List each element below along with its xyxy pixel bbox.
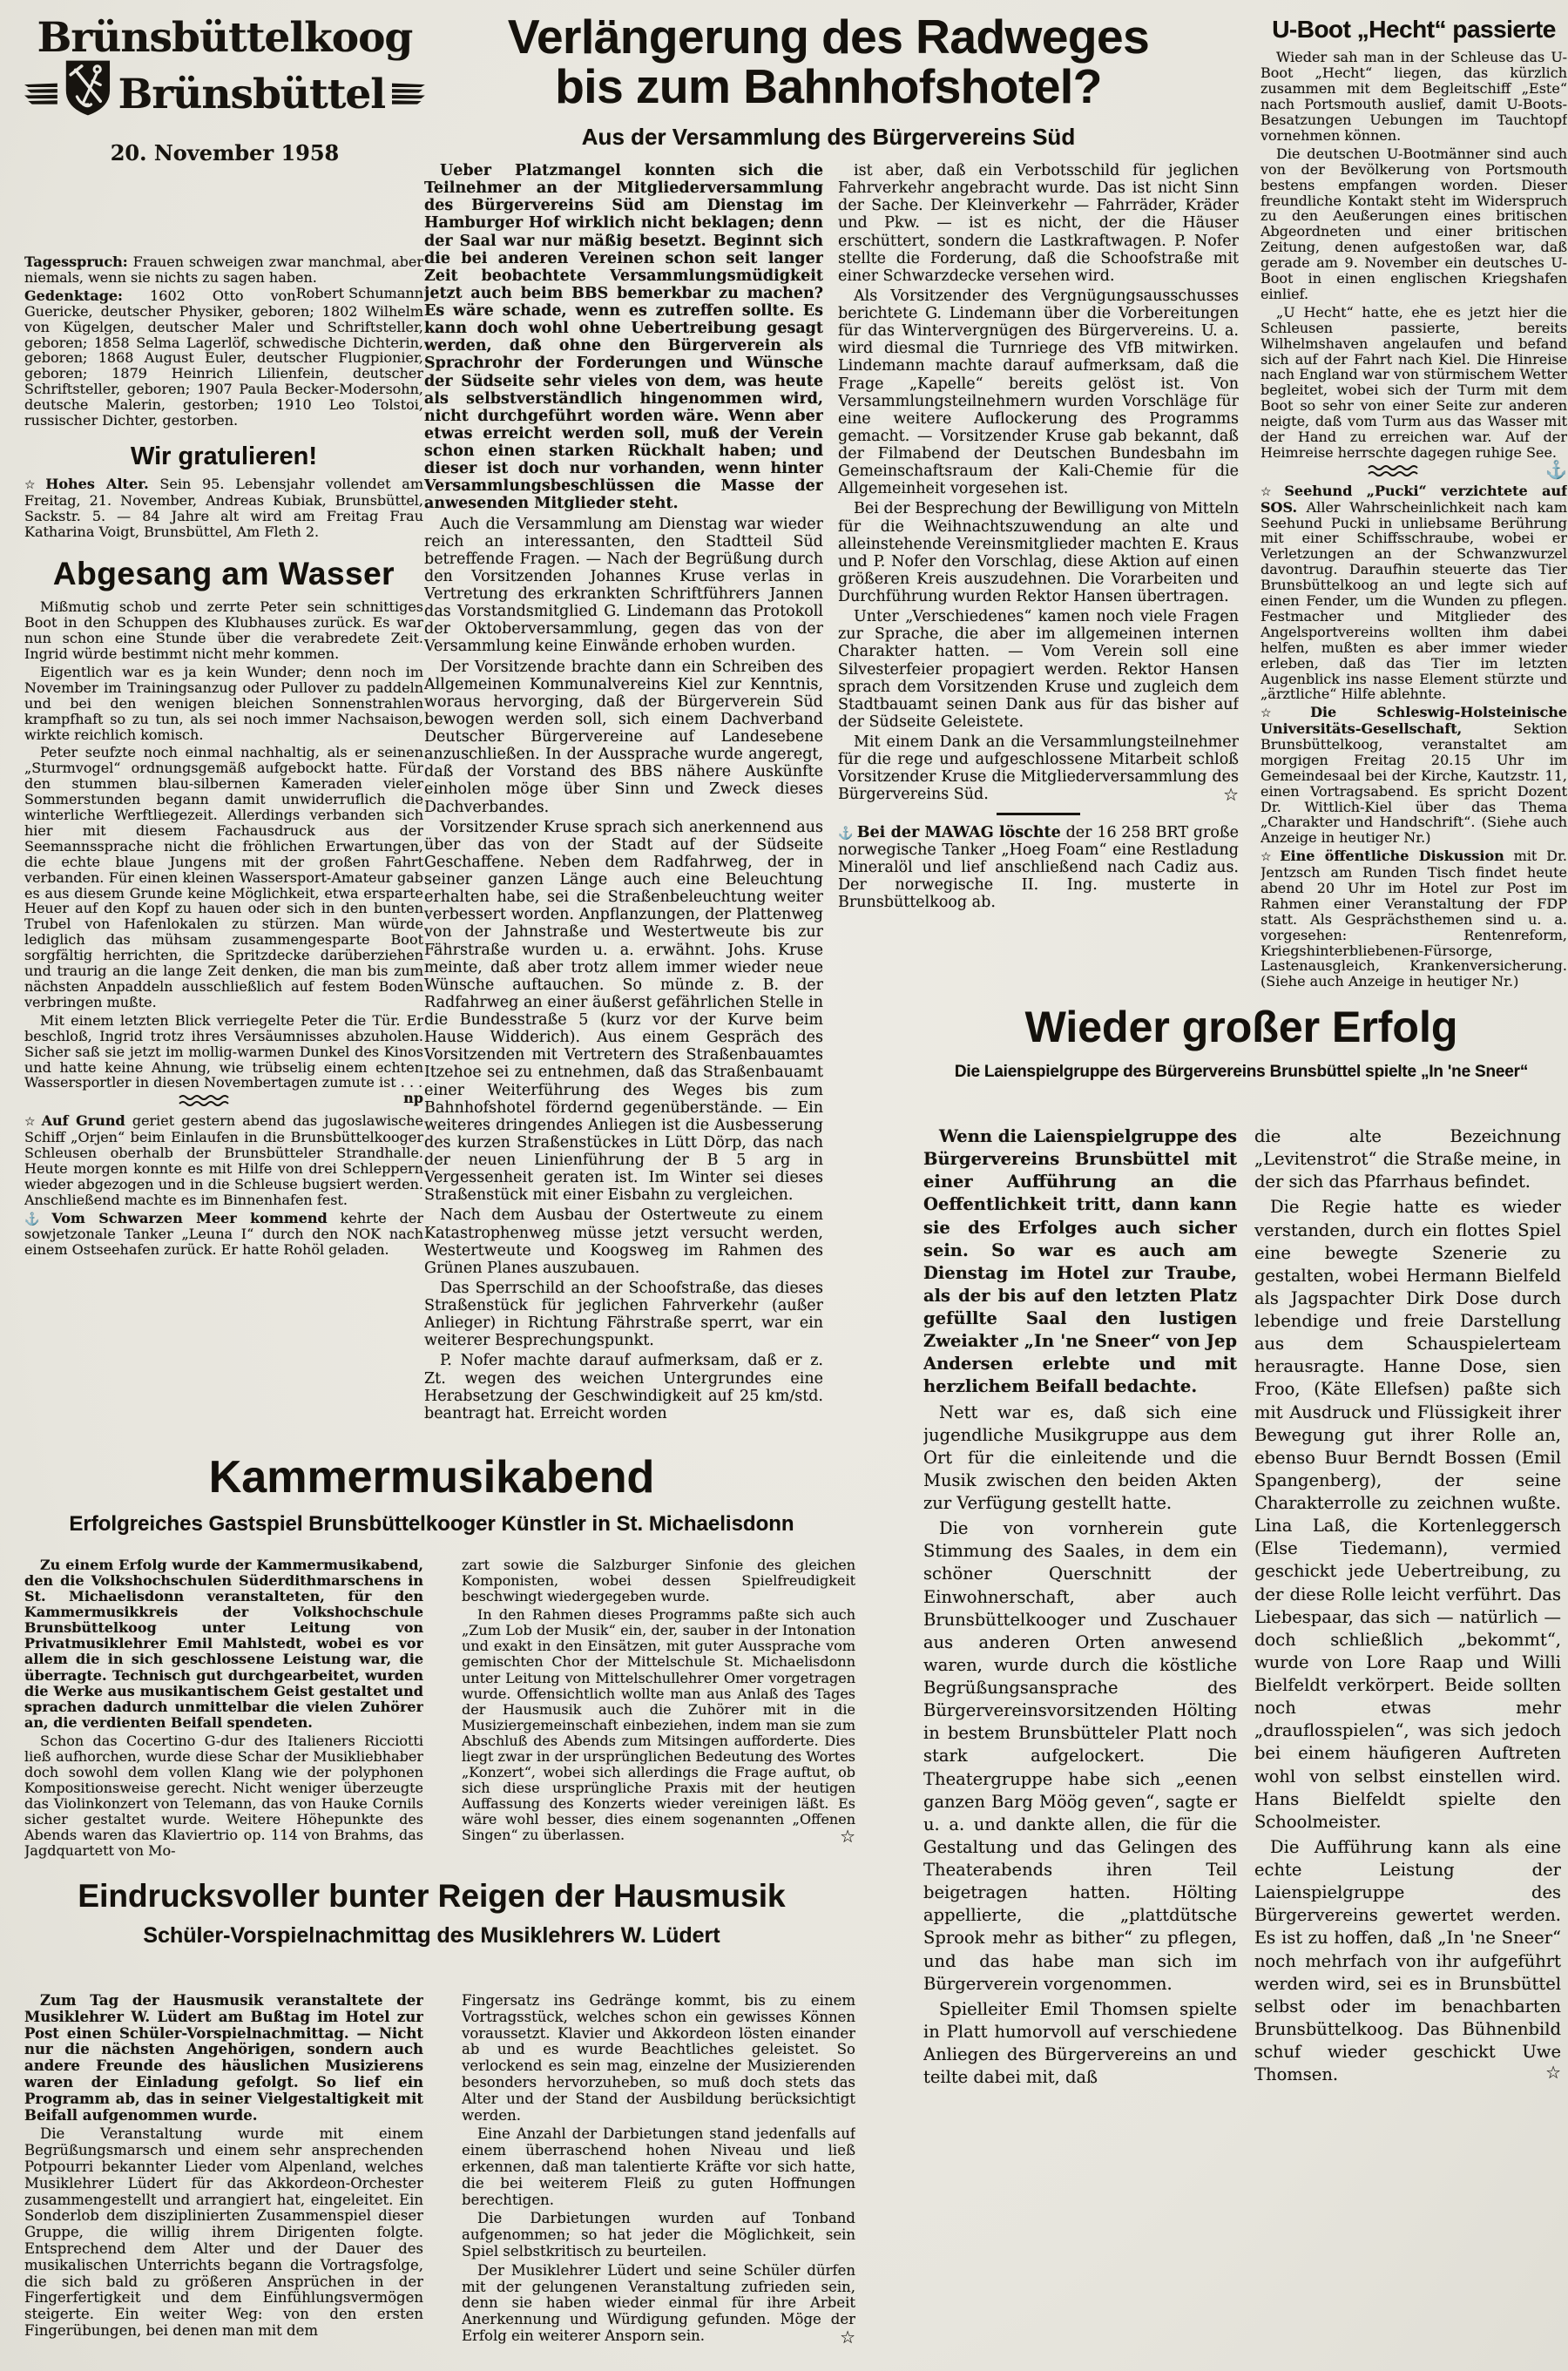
- brief-lead: Auf Grund: [42, 1112, 125, 1129]
- brief-text: Aller Wahrscheinlichkeit nach kam Seehun…: [1260, 499, 1567, 703]
- article-paragraph: Die Regie hatte es wieder verstanden, du…: [1254, 1196, 1561, 1834]
- brief-lead: Bei der MAWAG löschte: [857, 824, 1061, 841]
- article-paragraph: Eine Anzahl der Darbietungen stand jeden…: [462, 2126, 855, 2208]
- main-article-header: Verlängerung des Radweges bis zum Bahnho…: [402, 12, 1254, 151]
- right-column: U-Boot „Hecht“ passierte Wieder sah man …: [1260, 16, 1567, 998]
- article-paragraph: Spielleiter Emil Thomsen spielte in Plat…: [923, 1998, 1237, 2090]
- main-subhead: Aus der Versammlung des Bürgervereins Sü…: [402, 124, 1254, 151]
- abgesang-paragraph: Mißmutig schob und zerrte Peter sein sch…: [24, 599, 423, 662]
- article-paragraph: ist aber, daß ein Verbotsschild für jegl…: [838, 162, 1239, 285]
- news-brief-diskussion: ☆Eine öffentliche Diskussion mit Dr. Jen…: [1260, 848, 1567, 990]
- hausmusik-subhead: Schüler-Vorspielnachmittag des Musiklehr…: [24, 1923, 839, 1949]
- article-text: In den Rahmen dieses Programms paßte sic…: [462, 1606, 855, 1843]
- news-brief-hohes-alter: ☆Hohes Alter. Sein 95. Lebensjahr vollen…: [24, 476, 423, 539]
- squiggle-divider-icon: [178, 1094, 235, 1108]
- squiggle-divider-icon: [1367, 464, 1424, 478]
- uboot-headline: U-Boot „Hecht“ passierte: [1260, 16, 1567, 43]
- article-paragraph: Zu einem Erfolg wurde der Kammermusikabe…: [24, 1557, 423, 1731]
- masthead-title-row: Brünsbüttel: [24, 60, 425, 128]
- gedenktage: Gedenktage: 1602 Otto von Guericke, deut…: [24, 288, 423, 429]
- brief-text: Sektion Brunsbüttelkoog, veranstaltet am…: [1260, 720, 1567, 846]
- article-paragraph: Auch die Versammlung am Dienstag war wie…: [424, 516, 823, 656]
- article-paragraph: Wenn die Laienspielgruppe des Bürgervere…: [923, 1125, 1237, 1399]
- article-paragraph: Unter „Verschiedenes“ kamen noch viele F…: [838, 608, 1239, 731]
- article-paragraph: Der Vorsitzende brachte dann ein Schreib…: [424, 659, 823, 816]
- brief-lead: Eine öffentliche Diskussion: [1280, 848, 1504, 864]
- article-paragraph: Ueber Platzmangel konnten sich die Teiln…: [424, 162, 823, 513]
- end-star-icon: ☆: [1530, 2064, 1561, 2081]
- masthead: Brünsbüttelkoog: [24, 17, 425, 165]
- erfolg-column-2: die alte Bezeichnung „Levitenstrot“ die …: [1254, 1125, 1561, 2369]
- gedenktage-text: 1602 Otto von Guericke, deutscher Physik…: [24, 287, 423, 429]
- article-paragraph: Nett war es, daß sich eine jugendliche M…: [923, 1402, 1237, 1516]
- erfolg-headline: Wieder großer Erfolg: [919, 1002, 1564, 1052]
- tagesspruch: Tagesspruch: Frauen schweigen zwar manch…: [24, 254, 423, 286]
- issue-date: 20. November 1958: [24, 140, 425, 165]
- gedenktage-label: Gedenktage:: [24, 287, 123, 304]
- article-paragraph: zart sowie die Salzburger Sinfonie des g…: [462, 1557, 855, 1604]
- news-brief-mawag: ⚓Bei der MAWAG löschte der 16 258 BRT gr…: [838, 824, 1239, 912]
- left-column: Tagesspruch: Frauen schweigen zwar manch…: [24, 254, 423, 1446]
- news-brief-auf-grund: ☆Auf Grund geriet gestern abend das jugo…: [24, 1113, 423, 1207]
- article-paragraph: Die Aufführung kann als eine echte Leist…: [1254, 1836, 1561, 2086]
- brief-lead: Vom Schwarzen Meer kommend: [51, 1210, 327, 1226]
- article-paragraph: Schon das Cocertino G-dur des Italieners…: [24, 1733, 423, 1860]
- brief-lead: Hohes Alter.: [45, 476, 148, 492]
- article-paragraph: Der Musiklehrer Lüdert und seine Schüler…: [462, 2263, 855, 2345]
- article-paragraph: Die von vornherein gute Stimmung des Saa…: [923, 1517, 1237, 1996]
- article-text: Der Musiklehrer Lüdert und seine Schüler…: [462, 2262, 855, 2344]
- masthead-title-line2: Brünsbüttel: [118, 74, 386, 115]
- article-paragraph: Die deutschen U-Bootmänner sind auch von…: [1260, 146, 1567, 302]
- star-icon: ☆: [1260, 485, 1284, 499]
- main-headline-line1: Verlängerung des Radweges: [402, 12, 1254, 62]
- kammermusik-subhead: Erfolgreiches Gastspiel Brunsbüttelkooge…: [24, 1512, 839, 1537]
- hausmusik-headline: Eindrucksvoller bunter Reigen der Hausmu…: [24, 1878, 839, 1915]
- article-text: Mit einem Dank an die Versammlungsteilne…: [838, 733, 1239, 803]
- hausmusik-column-1: Zum Tag der Hausmusik veranstaltete der …: [24, 1993, 423, 2371]
- flourish-left-icon: [24, 79, 57, 109]
- end-star-icon: ☆: [1207, 786, 1239, 803]
- abgesang-text: Mit einem letzten Blick verriegelte Pete…: [24, 1012, 423, 1091]
- article-paragraph: P. Nofer machte darauf aufmerksam, daß e…: [424, 1352, 823, 1422]
- star-icon: ☆: [1260, 706, 1310, 720]
- star-icon: ☆: [24, 1115, 42, 1129]
- article-paragraph: Vorsitzender Kruse sprach sich anerkenne…: [424, 819, 823, 1205]
- article-paragraph: Die Veranstaltung wurde mit einem Begrüß…: [24, 2126, 423, 2339]
- article-paragraph: Mit einem Dank an die Versammlungsteilne…: [838, 733, 1239, 804]
- end-star-icon: ☆: [824, 2328, 855, 2346]
- article-paragraph: Als Vorsitzender des Vergnügungsausschus…: [838, 287, 1239, 498]
- star-icon: ☆: [24, 478, 45, 492]
- erfolg-article-header: Wieder großer Erfolg Die Laienspielgrupp…: [919, 1002, 1564, 1082]
- newspaper-page: Brünsbüttelkoog: [0, 0, 1568, 2371]
- abgesang-paragraph: Peter seufzte noch einmal nachhaltig, al…: [24, 745, 423, 1010]
- heading-wir-gratulieren: Wir gratulieren!: [24, 442, 423, 470]
- brief-text: mit Dr. Jentzsch am Runden Tisch findet …: [1260, 848, 1567, 990]
- erfolg-column-1: Wenn die Laienspielgruppe des Bürgervere…: [923, 1125, 1237, 2369]
- abgesang-paragraph: Mit einem letzten Blick verriegelte Pete…: [24, 1013, 423, 1091]
- kammermusik-column-2: zart sowie die Salzburger Sinfonie des g…: [462, 1557, 855, 1876]
- heading-abgesang: Abgesang am Wasser: [24, 556, 423, 591]
- news-brief-seehund: ☆Seehund „Pucki“ verzichtete auf SOS. Al…: [1260, 483, 1567, 702]
- article-paragraph: Das Sperrschild an der Schoofstraße, das…: [424, 1280, 823, 1350]
- article-paragraph: die alte Bezeichnung „Levitenstrot“ die …: [1254, 1125, 1561, 1193]
- article-paragraph: Die Darbietungen wurden auf Tonband aufg…: [462, 2211, 855, 2260]
- main-headline-line2: bis zum Bahnhofshotel?: [402, 62, 1254, 111]
- anchor-icon: ⚓: [24, 1213, 51, 1226]
- article-text: Die Aufführung kann als eine echte Leist…: [1254, 1837, 1561, 2084]
- erfolg-subhead: Die Laienspielgruppe des Bürgervereins B…: [919, 1063, 1564, 1082]
- kammermusik-column-1: Zu einem Erfolg wurde der Kammermusikabe…: [24, 1557, 423, 1876]
- tagesspruch-author: Robert Schumann: [296, 286, 423, 301]
- article-paragraph: In den Rahmen dieses Programms paßte sic…: [462, 1607, 855, 1843]
- news-brief-universitaet: ☆Die Schleswig-Holsteinische Universität…: [1260, 705, 1567, 846]
- end-anchor-icon: ⚓: [1530, 461, 1567, 478]
- author-signature: np: [388, 1091, 423, 1106]
- abgesang-paragraph: Eigentlich war es ja kein Wunder; denn n…: [24, 665, 423, 743]
- article-paragraph: Zum Tag der Hausmusik veranstaltete der …: [24, 1993, 423, 2124]
- kammermusik-headline: Kammermusikabend: [24, 1451, 839, 1503]
- article-paragraph: Nach dem Ausbau der Ostertweute zu einem…: [424, 1206, 823, 1277]
- news-brief-schwarzes-meer: ⚓Vom Schwarzen Meer kommend kehrte der s…: [24, 1211, 423, 1258]
- article-text: „U Hecht“ hatte, ehe es jetzt hier die S…: [1260, 304, 1567, 461]
- hausmusik-article-header: Eindrucksvoller bunter Reigen der Hausmu…: [24, 1878, 839, 1949]
- hausmusik-column-2: Fingersatz ins Gedränge kommt, bis zu ei…: [462, 1993, 855, 2371]
- article-paragraph: Fingersatz ins Gedränge kommt, bis zu ei…: [462, 1993, 855, 2124]
- section-rule: [997, 813, 1080, 815]
- article-paragraph: „U Hecht“ hatte, ehe es jetzt hier die S…: [1260, 305, 1567, 461]
- tagesspruch-label: Tagesspruch:: [24, 254, 128, 270]
- anchor-icon: ⚓: [838, 827, 857, 841]
- kammermusik-article-header: Kammermusikabend Erfolgreiches Gastspiel…: [24, 1451, 839, 1537]
- star-icon: ☆: [1260, 850, 1280, 864]
- end-star-icon: ☆: [824, 1827, 855, 1845]
- main-article-column-1: Ueber Platzmangel konnten sich die Teiln…: [424, 162, 823, 1446]
- article-paragraph: Wieder sah man in der Schleuse das U-Boo…: [1260, 50, 1567, 143]
- article-paragraph: Bei der Besprechung der Bewilligung von …: [838, 500, 1239, 605]
- town-crest-icon: [64, 48, 112, 128]
